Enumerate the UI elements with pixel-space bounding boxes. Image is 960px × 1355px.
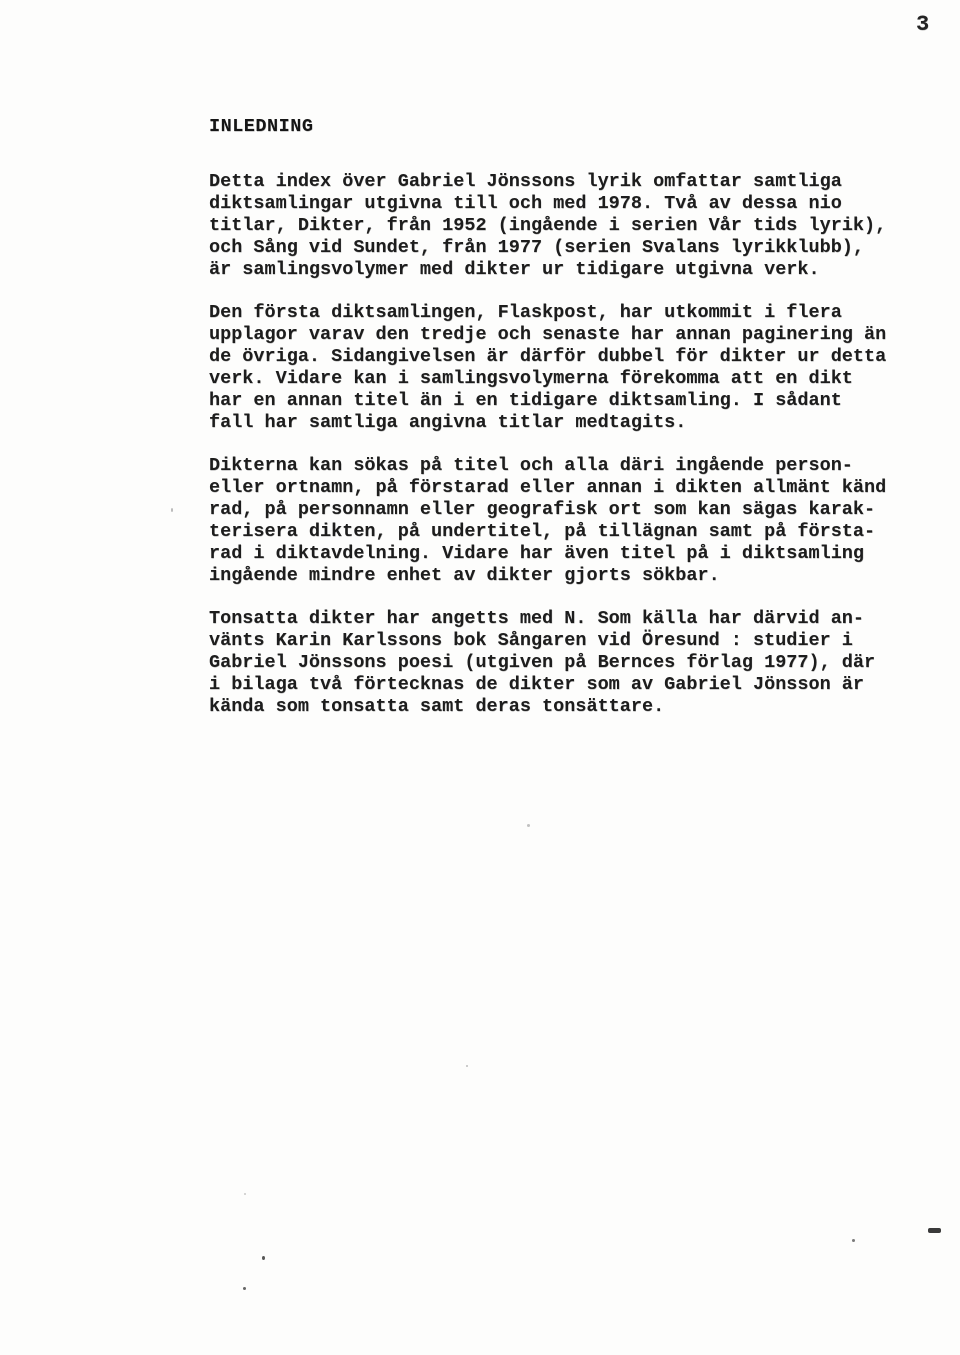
scan-speck <box>527 824 530 827</box>
page-content: INLEDNING Detta index över Gabriel Jönss… <box>209 116 909 739</box>
scan-speck <box>852 1239 855 1242</box>
scan-speck <box>171 508 173 512</box>
paragraph-musical-settings: Tonsatta dikter har angetts med N. Som k… <box>209 608 909 718</box>
scan-dash-mark <box>928 1228 941 1233</box>
section-title: INLEDNING <box>209 116 909 138</box>
scan-speck <box>243 1287 246 1290</box>
paragraph-editions: Den första diktsamlingen, Flaskpost, har… <box>209 302 909 434</box>
scan-speck <box>244 1193 246 1195</box>
paragraph-search-criteria: Dikterna kan sökas på titel och alla där… <box>209 455 909 587</box>
scan-speck <box>466 1065 468 1067</box>
page-number: 3 <box>916 12 929 37</box>
scanned-document-page: 3 INLEDNING Detta index över Gabriel Jön… <box>0 0 960 1355</box>
scan-speck <box>262 1256 265 1260</box>
paragraph-overview: Detta index över Gabriel Jönssons lyrik … <box>209 171 909 281</box>
